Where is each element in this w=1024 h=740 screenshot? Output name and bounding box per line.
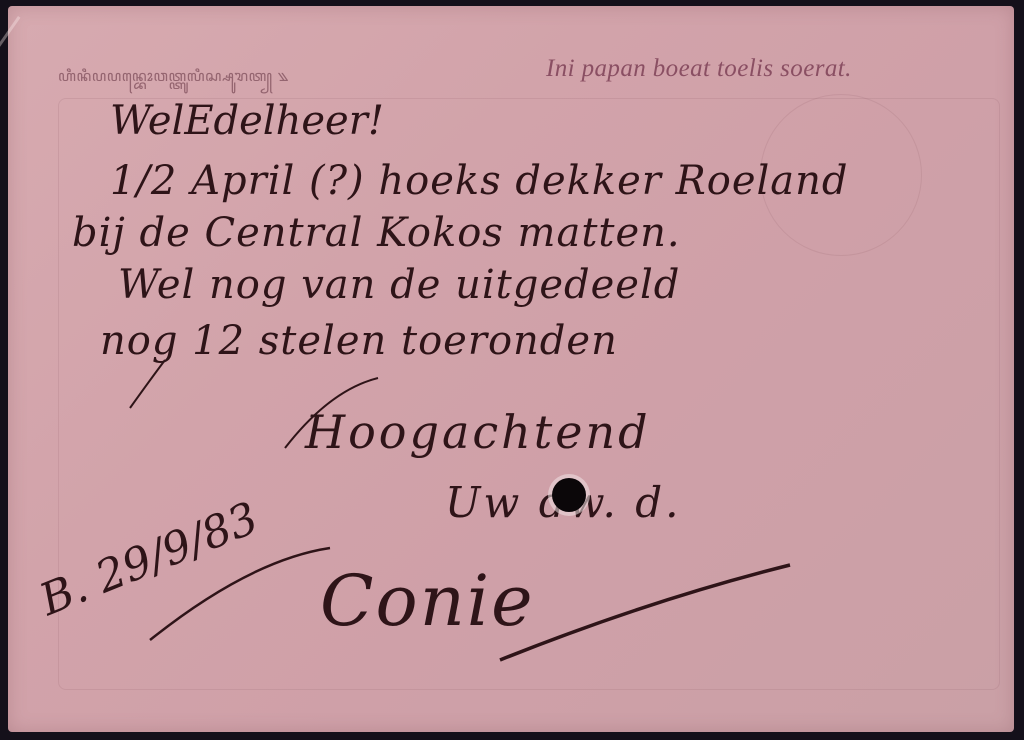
punch-hole: [552, 478, 586, 512]
handwritten-line-2: bij de Central Kokos matten.: [72, 210, 681, 256]
javanese-script-header: ꦲꦶꦤꦶꦥꦥꦤ꧀ꦧꦺꦴꦮꦠ꧀ꦠꦸꦭꦶꦱ꧀ꦱꦸꦫꦠ꧀ ꧉: [58, 64, 488, 95]
paper-crease: [0, 16, 20, 157]
printed-heading-malay: Ini papan boeat toelis soerat.: [546, 55, 852, 83]
handwritten-line-1: 1/2 April (?) hoeks dekker Roeland: [110, 158, 849, 204]
signature: Conie: [320, 560, 535, 642]
handwritten-salutation: WelEdelheer!: [110, 98, 384, 144]
closing-hoogachtend: Hoogachtend: [305, 405, 651, 459]
handwritten-line-4: nog 12 stelen toeronden: [100, 318, 618, 364]
handwritten-line-3: Wel nog van de uitgedeeld: [118, 262, 680, 308]
